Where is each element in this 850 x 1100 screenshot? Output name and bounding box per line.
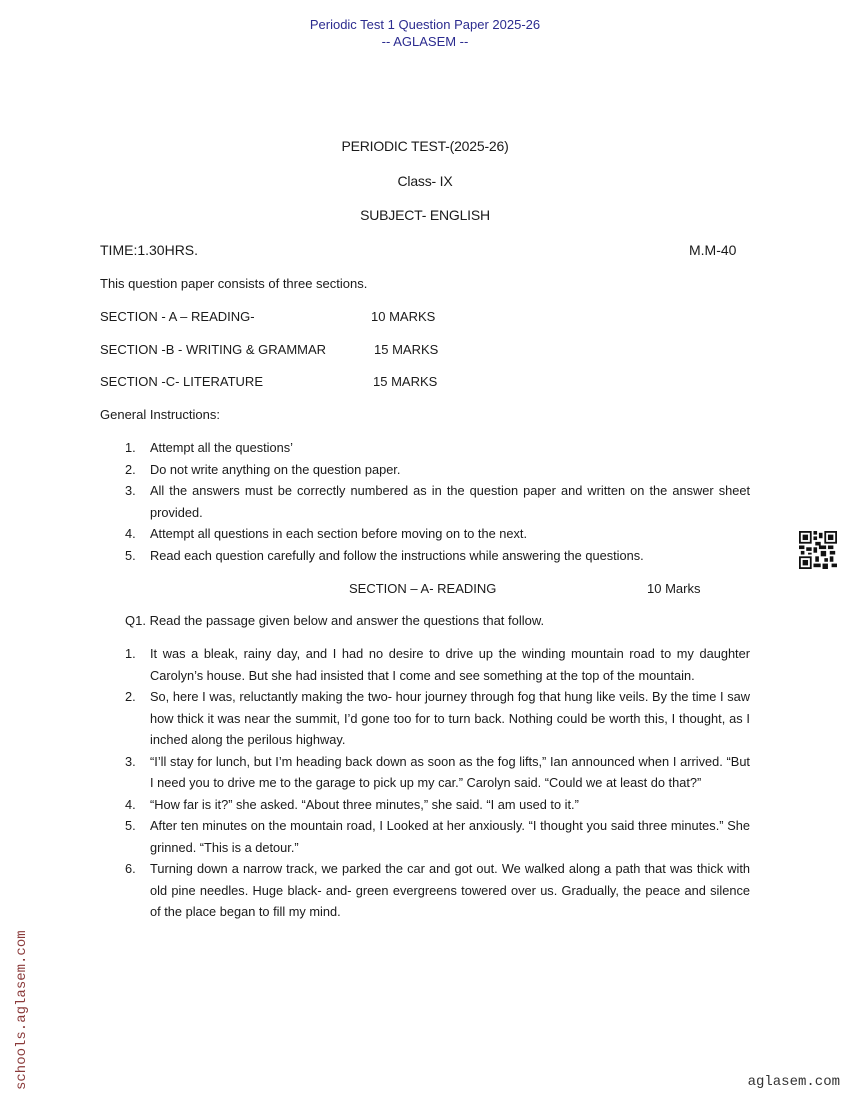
question-1-prompt: Q1. Read the passage given below and ans… [125, 613, 544, 628]
banner-title: Periodic Test 1 Question Paper 2025-26 [0, 16, 850, 33]
instruction-item: 3.All the answers must be correctly numb… [100, 480, 750, 523]
passage-paragraph: 5.After ten minutes on the mountain road… [100, 815, 750, 858]
reading-passage: 1.It was a bleak, rainy day, and I had n… [100, 643, 750, 923]
subject-label: SUBJECT- ENGLISH [0, 207, 850, 223]
class-label: Class- IX [0, 173, 850, 189]
instruction-item: 5.Read each question carefully and follo… [100, 545, 750, 567]
instructions-list: 1.Attempt all the questions’ 2.Do not wr… [100, 437, 750, 566]
section-a-label: SECTION - A – READING- [100, 309, 255, 324]
section-a-marks: 10 MARKS [371, 309, 435, 324]
paper-title: PERIODIC TEST-(2025-26) [0, 138, 850, 154]
page-banner: Periodic Test 1 Question Paper 2025-26 -… [0, 16, 850, 50]
section-c-label: SECTION -C- LITERATURE [100, 374, 263, 389]
passage-paragraph: 3.“I’ll stay for lunch, but I’m heading … [100, 751, 750, 794]
passage-paragraph: 4.“How far is it?” she asked. “About thr… [100, 794, 750, 816]
intro-text: This question paper consists of three se… [100, 276, 367, 291]
passage-paragraph: 1.It was a bleak, rainy day, and I had n… [100, 643, 750, 686]
instruction-item: 2.Do not write anything on the question … [100, 459, 750, 481]
side-watermark: schools.aglasem.com [14, 930, 30, 1090]
instructions-heading: General Instructions: [100, 407, 220, 422]
footer-watermark: aglasem.com [748, 1074, 840, 1090]
passage-paragraph: 6.Turning down a narrow track, we parked… [100, 858, 750, 923]
instruction-item: 1.Attempt all the questions’ [100, 437, 750, 459]
section-a-heading-marks: 10 Marks [647, 581, 700, 596]
section-a-heading: SECTION – A- READING [349, 581, 496, 596]
passage-paragraph: 2.So, here I was, reluctantly making the… [100, 686, 750, 751]
section-b-marks: 15 MARKS [374, 342, 438, 357]
instruction-item: 4.Attempt all questions in each section … [100, 523, 750, 545]
banner-source: -- AGLASEM -- [0, 33, 850, 50]
qr-code-icon [799, 531, 837, 569]
section-b-label: SECTION -B - WRITING & GRAMMAR [100, 342, 326, 357]
max-marks-label: M.M-40 [689, 242, 736, 258]
time-label: TIME:1.30HRS. [100, 242, 198, 258]
section-c-marks: 15 MARKS [373, 374, 437, 389]
